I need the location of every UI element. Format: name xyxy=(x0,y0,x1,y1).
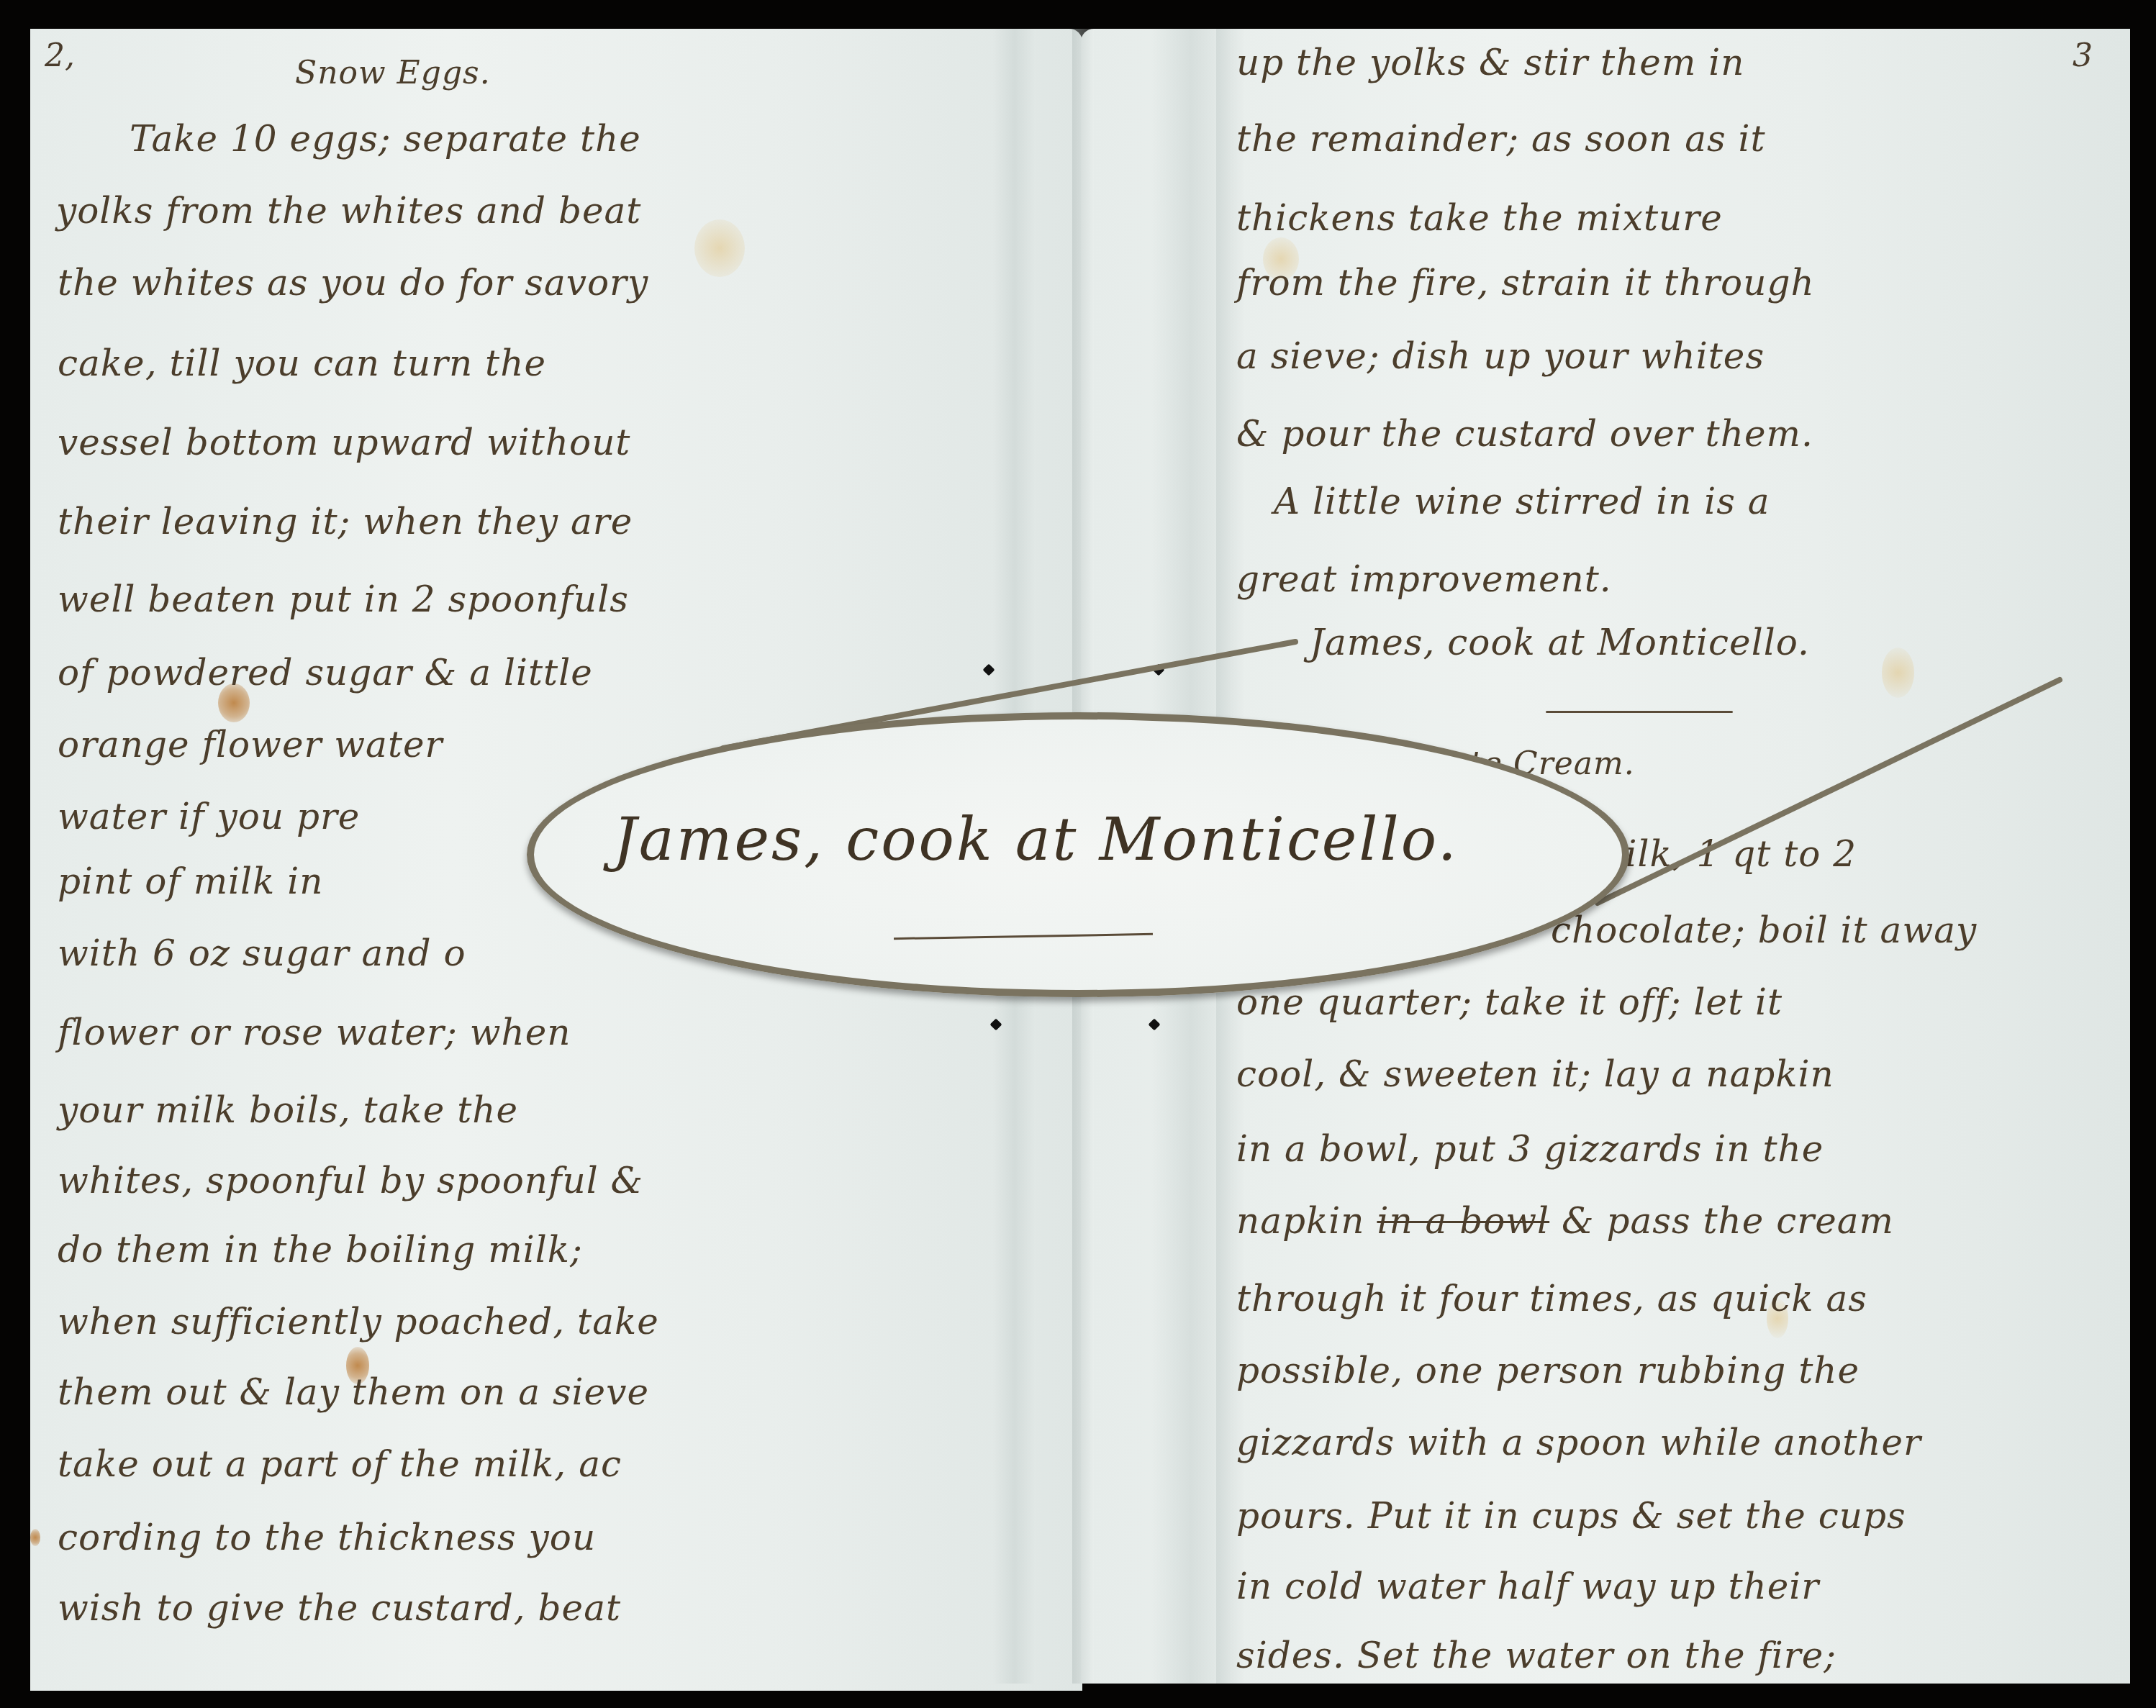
manuscript-line: with 6 oz sugar and o xyxy=(58,935,466,971)
signature-line: James, cook at Monticello. xyxy=(1310,624,1810,660)
separator-rule xyxy=(1546,711,1733,713)
manuscript-line: yolks from the whites and beat xyxy=(56,193,641,229)
manuscript-line: orange flower water xyxy=(58,727,443,763)
manuscript-line: great improvement. xyxy=(1236,561,1612,597)
manuscript-line: well beaten put in 2 spoonfuls xyxy=(58,581,629,617)
struck-out-text: in a bowl xyxy=(1377,1200,1549,1242)
manuscript-line: a sieve; dish up your whites xyxy=(1236,338,1765,374)
ink-stain xyxy=(30,1529,40,1546)
manuscript-line: take out a part of the milk, ac xyxy=(58,1446,622,1482)
manuscript-line: the whites as you do for savory xyxy=(58,265,648,301)
manuscript-line: cording to the thickness you xyxy=(58,1520,596,1555)
manuscript-line: water if you pre xyxy=(58,799,360,835)
manuscript-line: of powdered sugar & a little xyxy=(58,655,593,691)
manuscript-line: & pour the custard over them. xyxy=(1236,416,1813,452)
magnified-callout: James, cook at Monticello. xyxy=(527,712,1629,997)
manuscript-line: milk, 1 qt to 2 xyxy=(1590,836,1857,872)
manuscript-line: through it four times, as quick as xyxy=(1236,1281,1867,1317)
manuscript-line: whites, spoonful by spoonful & xyxy=(58,1163,643,1199)
manuscript-line: from the fire, strain it through xyxy=(1236,265,1815,301)
manuscript-line: their leaving it; when they are xyxy=(58,504,633,540)
manuscript-word: napkin xyxy=(1236,1200,1365,1242)
manuscript-line: flower or rose water; when xyxy=(58,1014,571,1050)
manuscript-line: one quarter; take it off; let it xyxy=(1236,984,1783,1020)
page-number-left: 2, xyxy=(45,37,75,74)
manuscript-line: in a bowl, put 3 gizzards in the xyxy=(1236,1131,1824,1167)
manuscript-line: Take 10 eggs; separate the xyxy=(130,121,641,157)
manuscript-line: cake, till you can turn the xyxy=(58,345,546,381)
manuscript-line: when sufficiently poached, take xyxy=(58,1304,659,1340)
manuscript-line: thickens take the mixture xyxy=(1236,200,1723,236)
manuscript-line: pours. Put it in cups & set the cups xyxy=(1236,1498,1906,1534)
manuscript-line: do them in the boiling milk; xyxy=(58,1232,583,1268)
callout-rule xyxy=(894,933,1153,940)
manuscript-word: & pass the cream xyxy=(1562,1200,1894,1242)
manuscript-line: possible, one person rubbing the xyxy=(1236,1353,1860,1389)
manuscript-line: in cold water half way up their xyxy=(1236,1568,1819,1604)
manuscript-line: pint of milk in xyxy=(58,863,323,899)
manuscript-line: wish to give the custard, beat xyxy=(58,1590,621,1626)
recipe-title: Snow Eggs. xyxy=(295,58,491,89)
manuscript-line: vessel bottom upward without xyxy=(58,424,630,460)
manuscript-line: up the yolks & stir them in xyxy=(1236,45,1744,81)
manuscript-line: chocolate; boil it away xyxy=(1551,912,1977,948)
manuscript-line: them out & lay them on a sieve xyxy=(58,1374,649,1410)
water-stain xyxy=(1882,648,1914,698)
water-stain xyxy=(694,219,745,277)
manuscript-line: napkin in a bowl & pass the cream xyxy=(1236,1203,1894,1239)
manuscript-line: sides. Set the water on the fire; xyxy=(1236,1637,1836,1673)
page-number-right: 3 xyxy=(2073,37,2093,74)
manuscript-line: cool, & sweeten it; lay a napkin xyxy=(1236,1056,1834,1092)
manuscript-line: A little wine stirred in is a xyxy=(1274,483,1770,519)
manuscript-line: gizzards with a spoon while another xyxy=(1236,1425,1921,1461)
manuscript-line: the remainder; as soon as it xyxy=(1236,121,1766,157)
manuscript-line: your milk boils, take the xyxy=(58,1092,518,1128)
callout-text: James, cook at Monticello. xyxy=(613,806,1459,874)
